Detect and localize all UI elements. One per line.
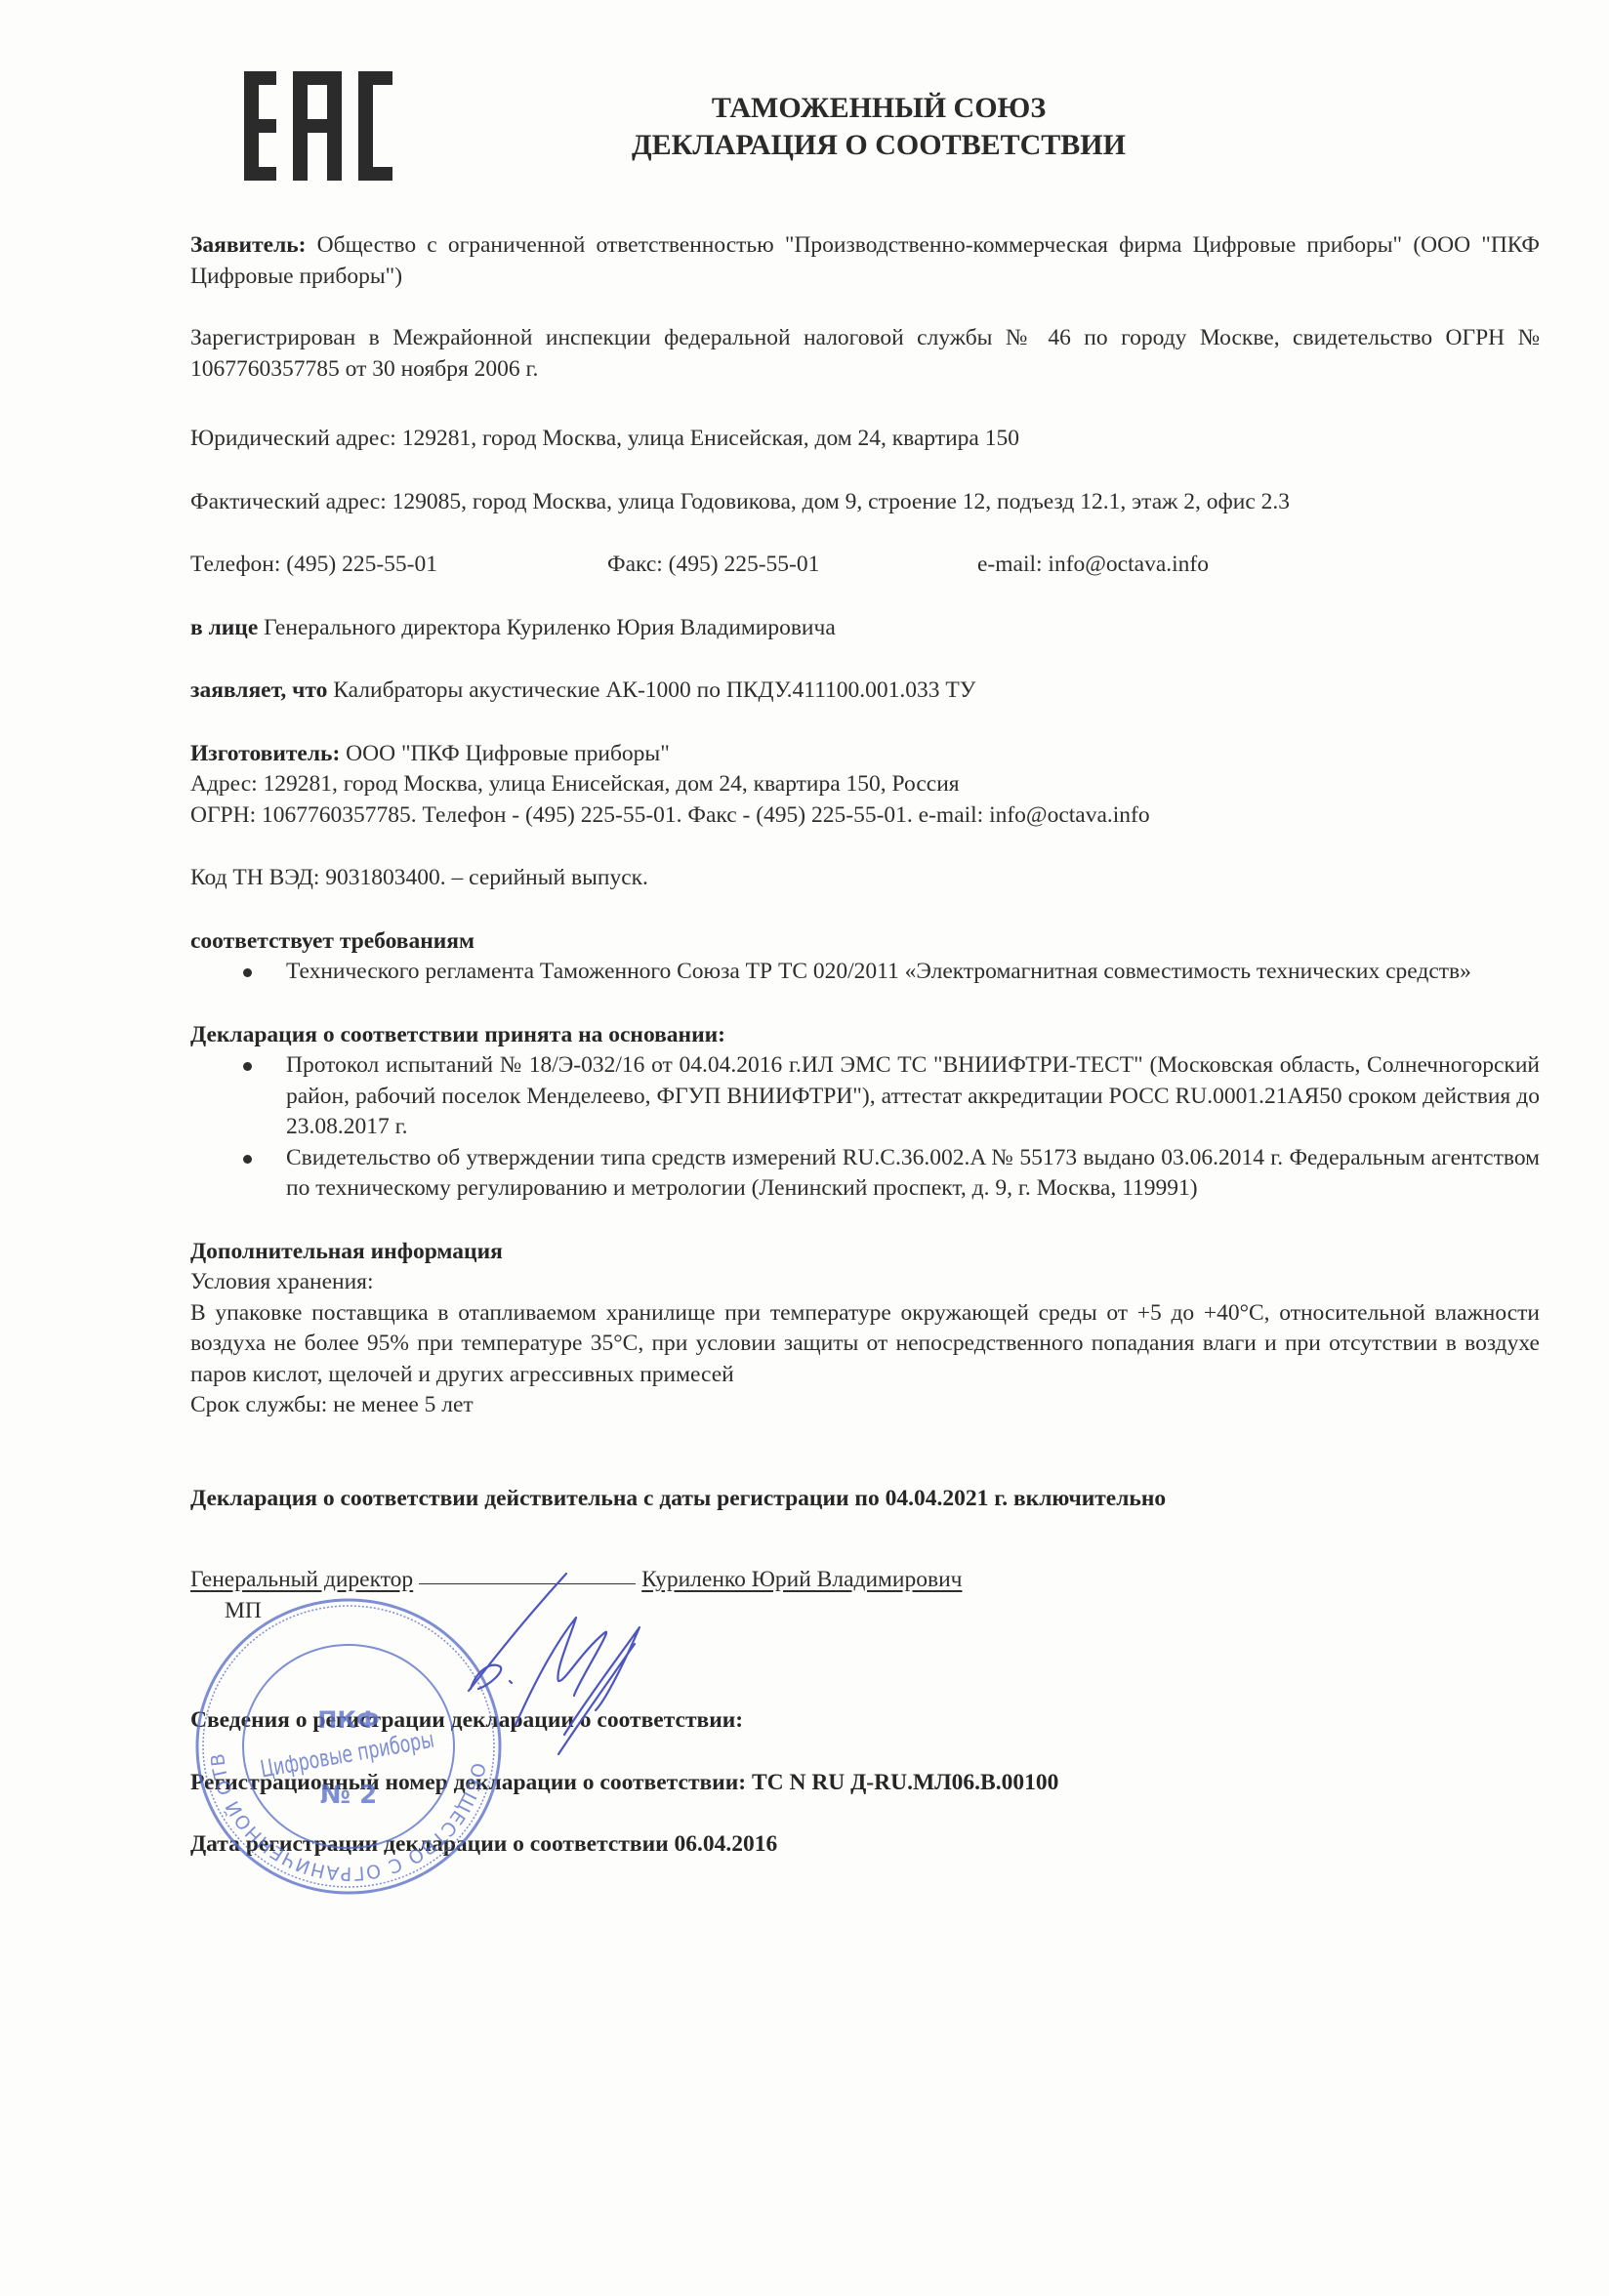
conforms-item: Технического регламента Таможенного Союз… [190,957,1540,988]
manufacturer-address: Адрес: 129281, город Москва, улица Енисе… [190,769,1540,800]
bullet-icon [243,1062,252,1071]
legal-address: Юридический адрес: 129281, город Москва,… [190,424,1540,455]
storage-conditions: В упаковке поставщика в отапливаемом хра… [190,1298,1540,1391]
contact-email: e-mail: info@octava.info [977,550,1209,581]
basis-heading: Декларация о соответствии принята на осн… [190,1020,1540,1051]
registration-info: Зарегистрирован в Межрайонной инспекции … [190,323,1540,385]
represented-by-label: в лице [190,615,258,640]
manufacturer: Изготовитель: ООО "ПКФ Цифровые приборы" [190,739,1540,770]
service-life: Срок службы: не менее 5 лет [190,1390,1540,1421]
applicant-paragraph: Заявитель: Общество с ограниченной ответ… [190,230,1540,292]
basis-item: Протокол испытаний № 18/Э-032/16 от 04.0… [190,1050,1540,1143]
signatory-name: Куриленко Юрий Владимирович [641,1567,962,1592]
contact-phone: Телефон: (495) 225-55-01 [190,550,607,581]
declares-label: заявляет, что [190,677,327,703]
conforms-list: Технического регламента Таможенного Союз… [190,957,1540,988]
conforms-heading: соответствует требованиям [190,926,1540,958]
manufacturer-details: ОГРН: 1067760357785. Телефон - (495) 225… [190,800,1540,832]
storage-label: Условия хранения: [190,1267,1540,1298]
signature-block: Генеральный директорКуриленко Юрий Влади… [190,1565,1540,1659]
document-header: ТАМОЖЕННЫЙ СОЮЗ ДЕКЛАРАЦИЯ О СООТВЕТСТВИ… [547,90,1211,164]
header-title-union: ТАМОЖЕННЫЙ СОЮЗ [547,90,1211,127]
manufacturer-label: Изготовитель: [190,741,340,766]
contacts-row: Телефон: (495) 225-55-01 Факс: (495) 225… [190,550,1540,581]
basis-item: Свидетельство об утверждении типа средст… [190,1143,1540,1205]
represented-by-text: Генерального директора Куриленко Юрия Вл… [258,615,836,640]
signature-line [419,1582,636,1584]
basis-list: Протокол испытаний № 18/Э-032/16 от 04.0… [190,1050,1540,1205]
signatory-position: Генеральный директор [190,1567,413,1592]
header-title-declaration: ДЕКЛАРАЦИЯ О СООТВЕТСТВИИ [547,127,1211,164]
registration-number: Регистрационный номер декларации о соотв… [190,1768,1540,1799]
additional-heading: Дополнительная информация [190,1237,1540,1268]
declaration-page: ТАМОЖЕННЫЙ СОЮЗ ДЕКЛАРАЦИЯ О СООТВЕТСТВИ… [0,0,1609,2296]
validity-statement: Декларация о соответствии действительна … [190,1484,1540,1515]
applicant-label: Заявитель: [190,232,307,258]
bullet-icon [243,1155,252,1164]
document-body: Заявитель: Общество с ограниченной ответ… [190,230,1540,1861]
applicant-text: Общество с ограниченной ответственностью… [190,232,1540,289]
tn-ved-code: Код ТН ВЭД: 9031803400. – серийный выпус… [190,863,1540,894]
eac-logo-icon [244,71,392,181]
declares-statement: заявляет, что Калибраторы акустические А… [190,676,1540,707]
actual-address: Фактический адрес: 129085, город Москва,… [190,487,1540,518]
bullet-icon [243,968,252,977]
contact-fax: Факс: (495) 225-55-01 [607,550,977,581]
registration-heading: Сведения о регистрации декларации о соот… [190,1705,1540,1737]
manufacturer-name: ООО "ПКФ Цифровые приборы" [340,741,670,766]
declares-text: Калибраторы акустические АК-1000 по ПКДУ… [327,677,975,703]
seal-mark: МП [225,1596,262,1627]
registration-date: Дата регистрации декларации о соответств… [190,1829,1540,1861]
represented-by: в лице Генерального директора Куриленко … [190,613,1540,644]
